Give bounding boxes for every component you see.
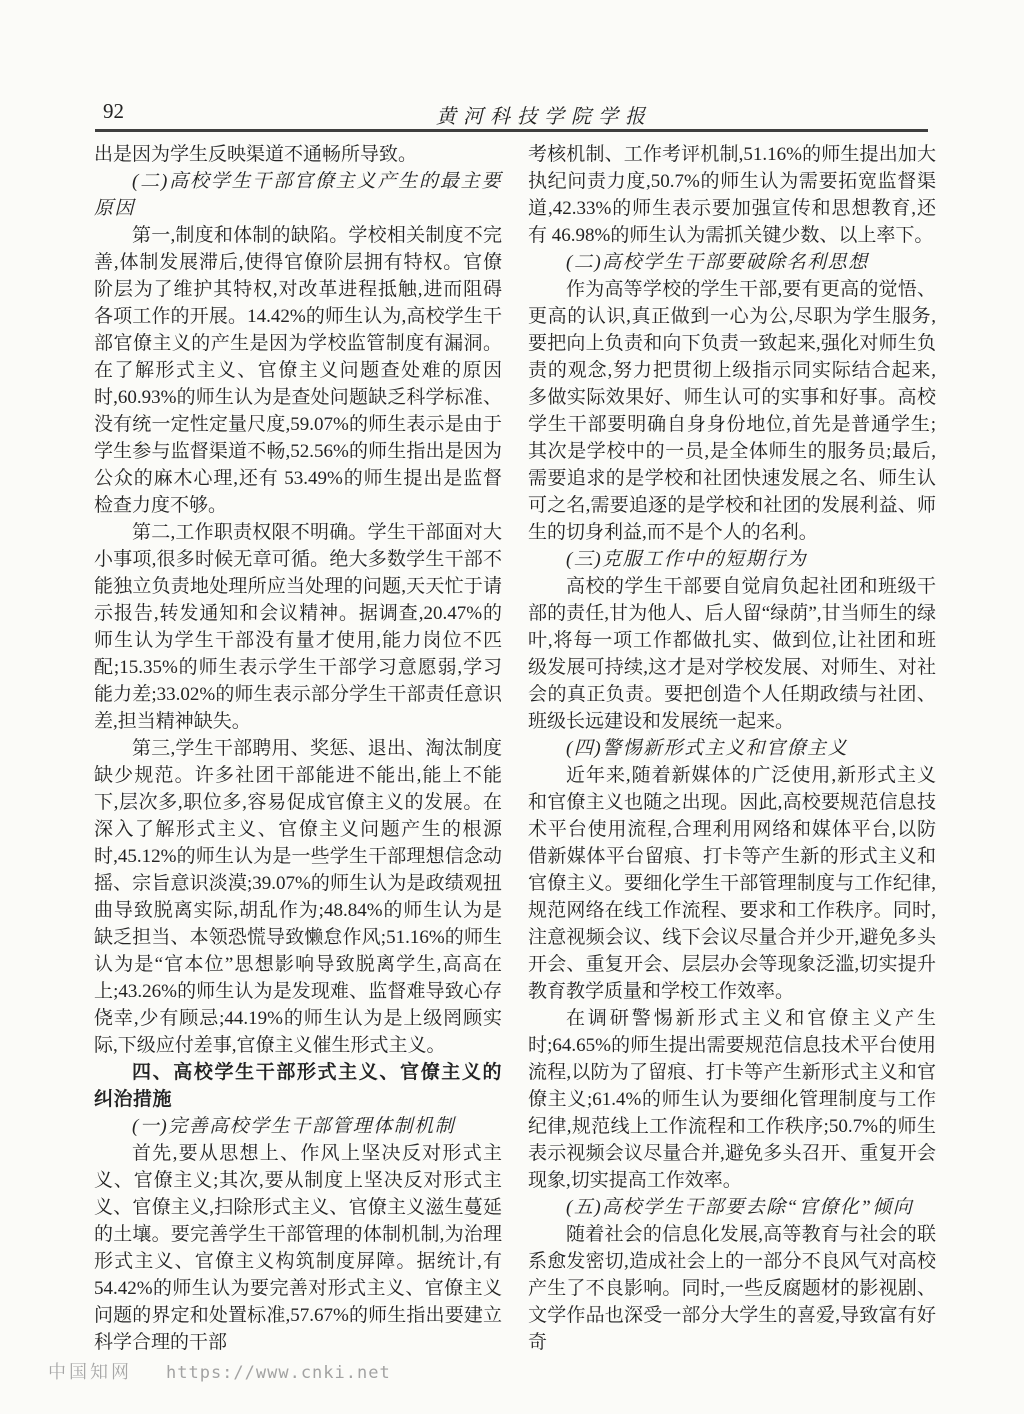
article-body: 出是因为学生反映渠道不通畅所导致。(二)高校学生干部官僚主义产生的最主要原因第一… bbox=[94, 141, 936, 1356]
paragraph: 第三,学生干部聘用、奖惩、退出、淘汰制度缺少规范。许多社团干部能进不能出,能上不… bbox=[94, 735, 502, 1059]
cnki-watermark: 中国知网 https://www.cnki.net bbox=[48, 1358, 391, 1384]
cnki-site-name: 中国知网 bbox=[48, 1358, 132, 1384]
paragraph: 随着社会的信息化发展,高等教育与社会的联系愈发密切,造成社会上的一部分不良风气对… bbox=[528, 1221, 936, 1356]
paragraph: 近年来,随着新媒体的广泛使用,新形式主义和官僚主义也随之出现。因此,高校要规范信… bbox=[528, 762, 936, 1005]
right-column: 考核机制、工作考评机制,51.16%的师生提出加大执纪问责力度,50.7%的师生… bbox=[528, 141, 936, 1356]
subsection-heading: (一)完善高校学生干部管理体制机制 bbox=[94, 1113, 502, 1140]
paragraph: 第一,制度和体制的缺陷。学校相关制度不完善,体制发展滞后,使得官僚阶层拥有特权。… bbox=[94, 222, 502, 519]
cnki-url: https://www.cnki.net bbox=[166, 1363, 391, 1383]
journal-title: 黄河科技学院学报 bbox=[436, 100, 652, 129]
paragraph: 在调研警惕新形式主义和官僚主义产生时;64.65%的师生提出需要规范信息技术平台… bbox=[528, 1005, 936, 1194]
subsection-heading: (五)高校学生干部要去除“官僚化”倾向 bbox=[528, 1194, 936, 1221]
subsection-heading: (三)克服工作中的短期行为 bbox=[528, 546, 936, 573]
left-column: 出是因为学生反映渠道不通畅所导致。(二)高校学生干部官僚主义产生的最主要原因第一… bbox=[94, 141, 502, 1356]
section-heading: 四、高校学生干部形式主义、官僚主义的纠治措施 bbox=[94, 1059, 502, 1113]
subsection-heading: (四)警惕新形式主义和官僚主义 bbox=[528, 735, 936, 762]
paragraph-continuation: 出是因为学生反映渠道不通畅所导致。 bbox=[94, 141, 502, 168]
paragraph: 首先,要从思想上、作风上坚决反对形式主义、官僚主义;其次,要从制度上坚决反对形式… bbox=[94, 1140, 502, 1356]
paragraph-continuation: 考核机制、工作考评机制,51.16%的师生提出加大执纪问责力度,50.7%的师生… bbox=[528, 141, 936, 249]
subsection-heading: (二)高校学生干部要破除名利思想 bbox=[528, 249, 936, 276]
paragraph: 第二,工作职责权限不明确。学生干部面对大小事项,很多时候无章可循。绝大多数学生干… bbox=[94, 519, 502, 735]
page-number: 92 bbox=[103, 99, 124, 124]
paragraph: 作为高等学校的学生干部,要有更高的觉悟、更高的认识,真正做到一心为公,尽职为学生… bbox=[528, 276, 936, 546]
paragraph: 高校的学生干部要自觉肩负起社团和班级干部的责任,甘为他人、后人留“绿荫”,甘当师… bbox=[528, 573, 936, 735]
header-rule bbox=[95, 129, 928, 132]
subsection-heading: (二)高校学生干部官僚主义产生的最主要原因 bbox=[94, 168, 502, 222]
journal-page: 92 黄河科技学院学报 出是因为学生反映渠道不通畅所导致。(二)高校学生干部官僚… bbox=[0, 0, 1024, 1414]
